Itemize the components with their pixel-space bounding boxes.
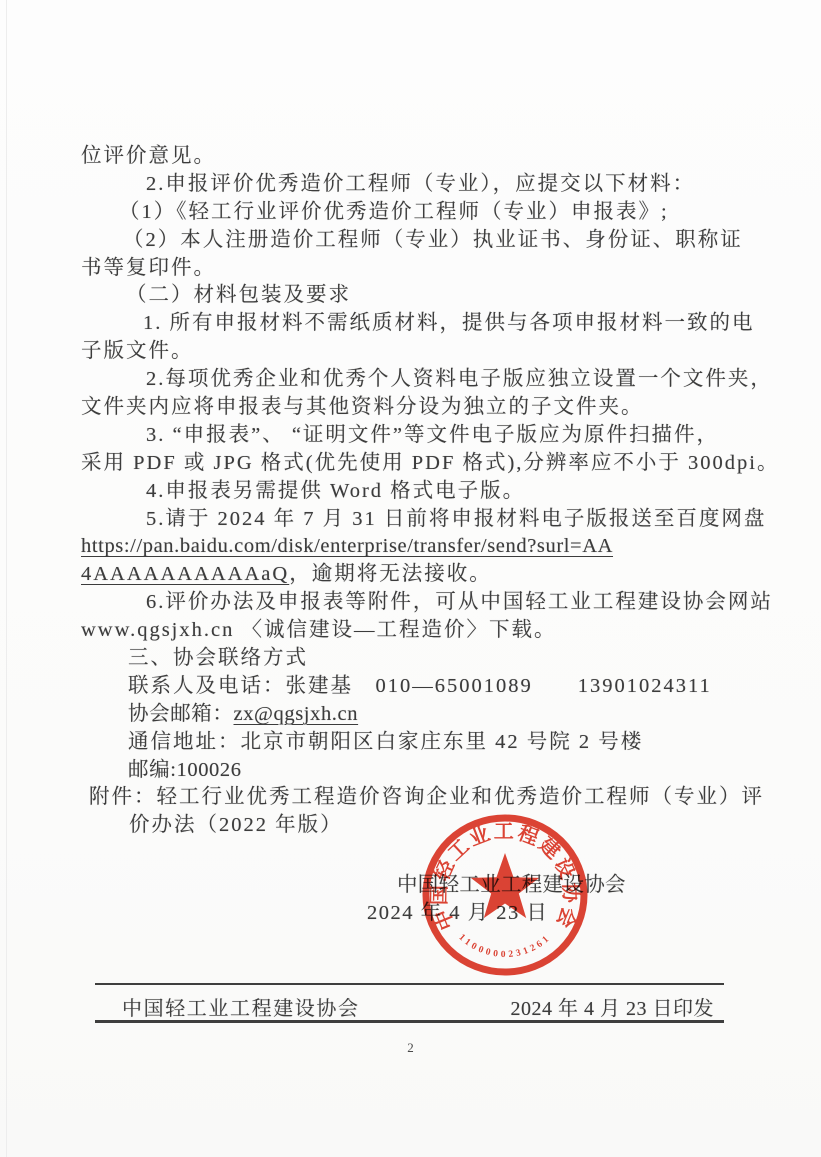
seal-star (471, 853, 539, 918)
page-edge-shadow (6, 0, 7, 1157)
text-segment: ，逾期将无法接收。 (289, 563, 492, 585)
text-segment: 子版文件。 (81, 340, 194, 362)
text-segment: 价办法（2022 年版） (129, 814, 343, 836)
text-segment: 附件：轻工行业优秀工程造价咨询企业和优秀造价工程师（专业）评 (89, 786, 764, 808)
text-segment: 三、协会联络方式 (128, 647, 308, 669)
document-line: 6.评价办法及申报表等附件，可从中国轻工业工程建设协会网站 (81, 589, 761, 617)
footer: 中国轻工业工程建设协会 2024 年 4 月 23 日印发 (95, 992, 724, 1021)
document-line: 5.请于 2024 年 7 月 31 日前将申报材料电子版报送至百度网盘 (81, 506, 761, 534)
footer-rule-bottom (95, 1020, 724, 1023)
footer-issuer: 中国轻工业工程建设协会 (95, 992, 360, 1021)
text-segment: 2.每项优秀企业和优秀个人资料电子版应独立设置一个文件夹， (146, 368, 773, 390)
text-segment: 采用 PDF 或 JPG 格式(优先使用 PDF 格式),分辨率应不小于 300… (81, 452, 780, 474)
text-segment: 文件夹内应将申报表与其他资料分设为独立的子文件夹。 (81, 396, 644, 418)
underlined-text: zx@qgsjxh.cn (234, 703, 359, 725)
text-segment: 位评价意见。 (81, 145, 216, 167)
document-line: （2）本人注册造价工程师（专业）执业证书、身份证、职称证 (81, 227, 761, 255)
text-segment: 5.请于 2024 年 7 月 31 日前将申报材料电子版报送至百度网盘 (146, 508, 766, 530)
official-seal: 中国轻工业工程建设协会 1100000231261 (421, 814, 589, 978)
document-line: 4.申报表另需提供 Word 格式电子版。 (81, 478, 761, 506)
underlined-text: 4AAAAAAAAAAaQ (81, 563, 289, 585)
document-line: 三、协会联络方式 (81, 645, 761, 673)
svg-text:1100000231261: 1100000231261 (457, 933, 554, 960)
document-line: 协会邮箱：zx@qgsjxh.cn (81, 701, 761, 729)
text-segment: 协会邮箱： (128, 703, 234, 725)
document-line: 2.每项优秀企业和优秀个人资料电子版应独立设置一个文件夹， (81, 366, 761, 394)
underlined-text: https://pan.baidu.com/disk/enterprise/tr… (81, 535, 613, 557)
document-line: 附件：轻工行业优秀工程造价咨询企业和优秀造价工程师（专业）评 (81, 784, 761, 812)
text-segment: （1）《轻工行业评价优秀造价工程师（专业）申报表》; (119, 201, 669, 223)
text-segment: 联系人及电话：张建基 010—65001089 13901024311 (128, 675, 712, 697)
document-line: 书等复印件。 (81, 255, 761, 283)
text-segment: 通信地址：北京市朝阳区白家庄东里 42 号院 2 号楼 (128, 731, 643, 753)
document-line: 采用 PDF 或 JPG 格式(优先使用 PDF 格式),分辨率应不小于 300… (81, 450, 761, 478)
document-line: 联系人及电话：张建基 010—65001089 13901024311 (81, 673, 761, 701)
footer-issue-date: 2024 年 4 月 23 日印发 (511, 992, 725, 1021)
page-number: 2 (0, 1040, 821, 1056)
text-segment: www.qgsjxh.cn 〈诚信建设—工程造价〉下载。 (81, 619, 556, 641)
document-line: 3. “申报表”、 “证明文件”等文件电子版应为原件扫描件， (81, 422, 761, 450)
seal-number: 1100000231261 (457, 933, 554, 960)
text-segment: 邮编:100026 (128, 759, 242, 781)
text-segment: 6.评价办法及申报表等附件，可从中国轻工业工程建设协会网站 (146, 591, 773, 613)
document-line: （二）材料包装及要求 (81, 282, 761, 310)
footer-rule-top (95, 983, 724, 985)
scanned-document-page: 位评价意见。2.申报评价优秀造价工程师（专业），应提交以下材料：（1）《轻工行业… (0, 0, 821, 1157)
text-segment: 2.申报评价优秀造价工程师（专业），应提交以下材料： (146, 173, 695, 195)
document-line: 2.申报评价优秀造价工程师（专业），应提交以下材料： (81, 171, 761, 199)
document-line: 位评价意见。 (81, 143, 761, 171)
document-line: 通信地址：北京市朝阳区白家庄东里 42 号院 2 号楼 (81, 729, 761, 757)
document-line: 邮编:100026 (81, 757, 761, 785)
document-line: https://pan.baidu.com/disk/enterprise/tr… (81, 533, 761, 561)
document-lines: 位评价意见。2.申报评价优秀造价工程师（专业），应提交以下材料：（1）《轻工行业… (81, 143, 761, 840)
document-line: 1. 所有申报材料不需纸质材料，提供与各项申报材料一致的电 (81, 310, 761, 338)
document-line: 文件夹内应将申报表与其他资料分设为独立的子文件夹。 (81, 394, 761, 422)
text-segment: 3. “申报表”、 “证明文件”等文件电子版应为原件扫描件， (146, 424, 719, 446)
text-segment: 书等复印件。 (81, 257, 216, 279)
text-segment: 1. 所有申报材料不需纸质材料，提供与各项申报材料一致的电 (143, 312, 755, 334)
document-line: 4AAAAAAAAAAaQ，逾期将无法接收。 (81, 561, 761, 589)
text-segment: 4.申报表另需提供 Word 格式电子版。 (146, 480, 525, 502)
text-segment: （二）材料包装及要求 (126, 284, 351, 306)
document-line: （1）《轻工行业评价优秀造价工程师（专业）申报表》; (81, 199, 761, 227)
document-line: 子版文件。 (81, 338, 761, 366)
text-segment: （2）本人注册造价工程师（专业）执业证书、身份证、职称证 (123, 229, 743, 251)
document-line: www.qgsjxh.cn 〈诚信建设—工程造价〉下载。 (81, 617, 761, 645)
